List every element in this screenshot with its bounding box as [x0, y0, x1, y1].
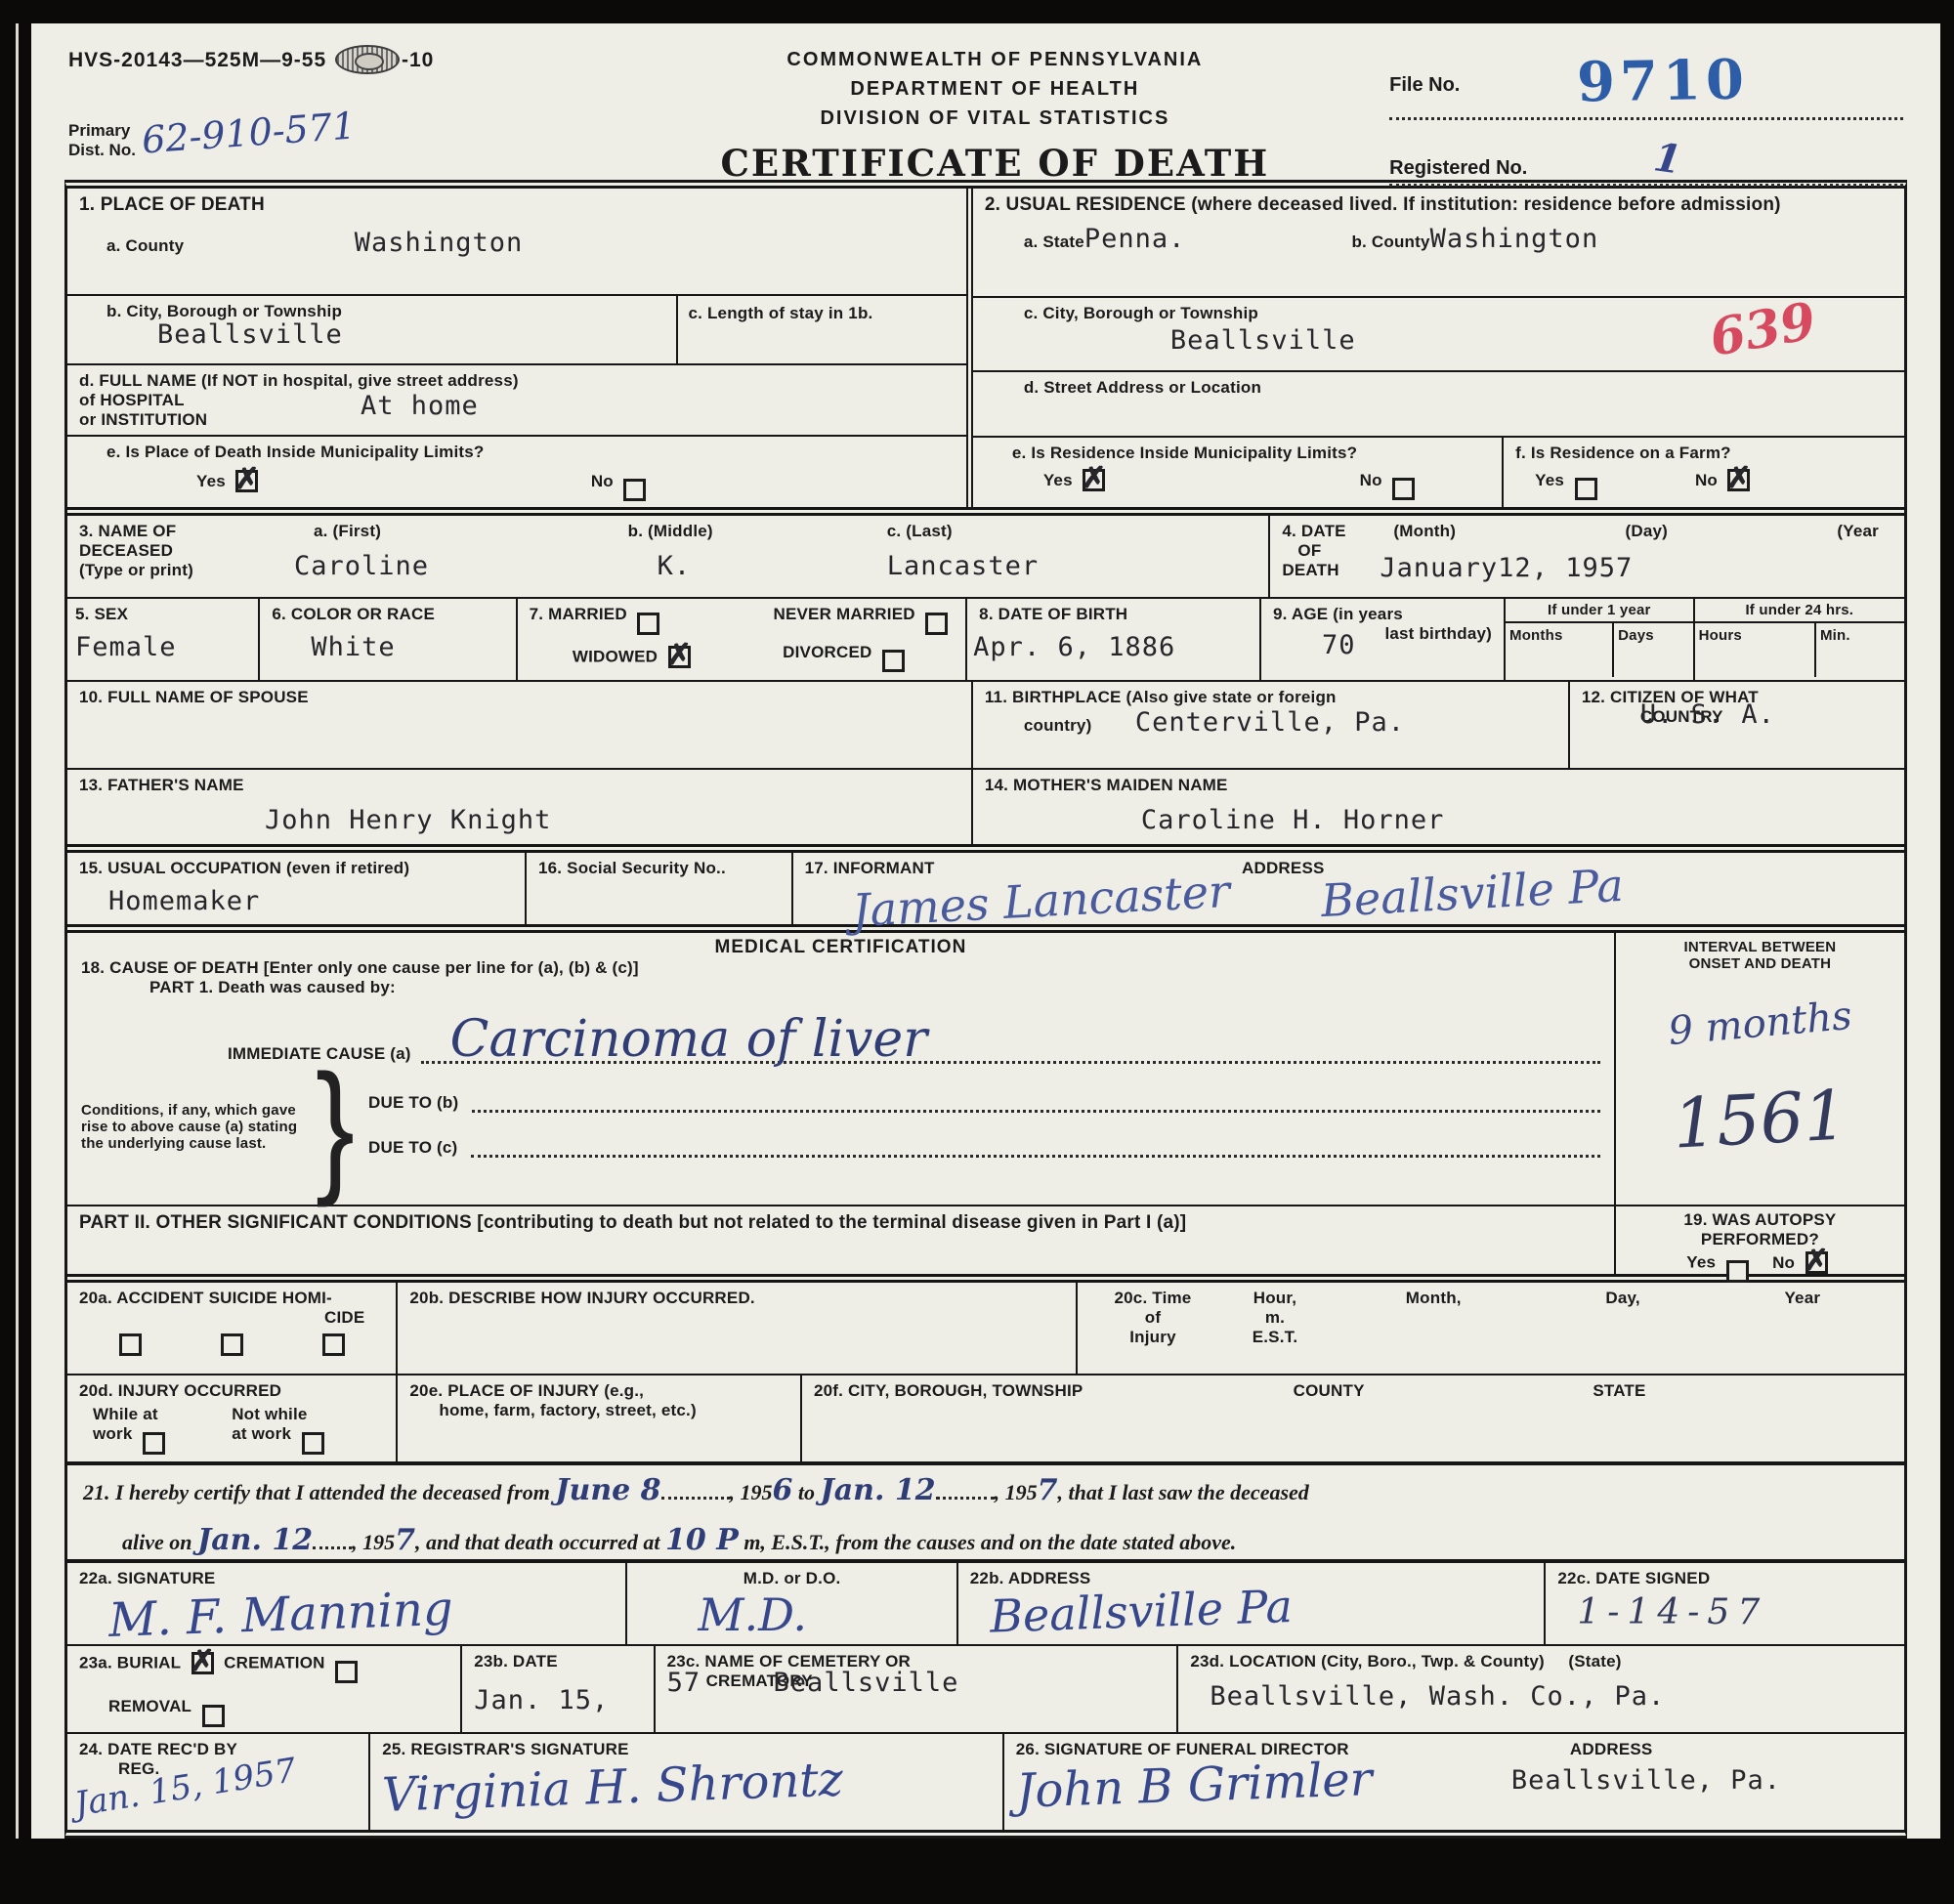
- sex-label: 5. SEX: [75, 605, 246, 624]
- date-day-label: (Day): [1625, 522, 1668, 541]
- row-spouse-birthplace-citizen: 10. FULL NAME OF SPOUSE 11. BIRTHPLACE (…: [67, 682, 1904, 770]
- section-mother: 14. MOTHER'S MAIDEN NAME Caroline H. Hor…: [973, 770, 1904, 844]
- section-color-race: 6. COLOR OR RACE White: [260, 599, 517, 680]
- immediate-cause-row: IMMEDIATE CAUSE (a) Carcinoma of liver: [81, 1031, 1600, 1064]
- residence-farm-yes-checkbox: [1575, 478, 1597, 500]
- age-min-cell: Min.: [1816, 623, 1904, 677]
- section-funeral-director: 26. SIGNATURE OF FUNERAL DIRECTOR John B…: [1004, 1734, 1904, 1830]
- place-limits-no-label: No: [591, 472, 614, 490]
- date-year-label: (Year: [1837, 522, 1879, 541]
- pennsylvania-seal-icon: [335, 45, 400, 74]
- divorced-label: DIVORCED: [783, 643, 871, 661]
- accident-label: ACCIDENT: [116, 1289, 203, 1307]
- interval-code-value: 1561: [1626, 1073, 1894, 1166]
- hour-label2: m.: [1216, 1308, 1334, 1328]
- month-day-year-block: Month, Day, Year: [1334, 1289, 1892, 1368]
- row-injury-place: 20d. INJURY OCCURRED While at work Not w…: [67, 1375, 1904, 1465]
- section-accident-type: 20a. ACCIDENT SUICIDE HOMI- CIDE: [67, 1283, 398, 1374]
- place-limits-no-checkbox: [623, 479, 646, 501]
- age-hours-cell: Hours: [1695, 623, 1816, 677]
- name-last-value: Lancaster: [887, 551, 1257, 581]
- brace-glyph: }: [316, 1068, 355, 1185]
- due-to-b-line: [472, 1089, 1599, 1113]
- section-physician-signature: 22a. SIGNATURE M. F. Manning: [67, 1563, 627, 1644]
- conditions-text-block: Conditions, if any, which gave rise to a…: [81, 1079, 355, 1173]
- section-date-of-death: 4. DATE OF DEATH (Month) (Day) (Year Jan…: [1270, 516, 1904, 597]
- sex-value: Female: [75, 632, 246, 662]
- due-to-block: DUE TO (b) DUE TO (c): [355, 1079, 1600, 1173]
- place-city-value: Beallsville: [157, 319, 664, 350]
- length-of-stay-cell: c. Length of stay in 1b.: [678, 296, 965, 363]
- certify-line1: 21. I hereby certify that I attended the…: [83, 1473, 1889, 1507]
- autopsy-no-label: No: [1772, 1253, 1795, 1272]
- section-spouse: 10. FULL NAME OF SPOUSE: [67, 682, 973, 768]
- death-certificate-document: HVS-20143—525M—9-55 -10 Primary Dist. No…: [31, 23, 1940, 1839]
- married-label: 7. MARRIED: [530, 605, 627, 623]
- residence-farm-yes-label: Yes: [1535, 471, 1564, 489]
- name-title-line1: 3. NAME OF: [79, 522, 275, 541]
- residence-farm-label: f. Is Residence on a Farm?: [1515, 444, 1892, 463]
- residence-state-value: Penna.: [1084, 224, 1186, 254]
- date-of-death-label2: OF: [1297, 541, 1380, 561]
- section-father: 13. FATHER'S NAME John Henry Knight: [67, 770, 973, 844]
- certify-from-date: June 8: [555, 1473, 660, 1507]
- due-to-c-label: DUE TO (c): [368, 1138, 457, 1158]
- row-occupation-ssn-informant: 15. USUAL OCCUPATION (even if retired) H…: [67, 853, 1904, 933]
- certify-alive-label: alive on: [122, 1530, 192, 1554]
- certify-to-year: 7: [1038, 1473, 1058, 1507]
- burial-location-value: Beallsville, Wash. Co., Pa.: [1210, 1681, 1892, 1712]
- section-place-of-injury: 20e. PLACE OF INJURY (e.g., home, farm, …: [398, 1375, 802, 1461]
- section-usual-residence: 2. USUAL RESIDENCE (where deceased lived…: [973, 189, 1904, 507]
- section-birthplace: 11. BIRTHPLACE (Also give state or forei…: [973, 682, 1570, 768]
- row-physician-signature: 22a. SIGNATURE M. F. Manning M.D. or D.O…: [67, 1563, 1904, 1646]
- length-of-stay-label: c. Length of stay in 1b.: [688, 304, 956, 323]
- registered-number-row: Registered No. 1: [1389, 157, 1903, 187]
- row-certify-statement: 21. I hereby certify that I attended the…: [67, 1465, 1904, 1563]
- name-title-block: 3. NAME OF DECEASED (Type or print): [79, 522, 275, 591]
- place-city-cell: b. City, Borough or Township Beallsville: [67, 296, 678, 363]
- injury-county-label: COUNTY: [1294, 1381, 1593, 1401]
- section-physician-address: 22b. ADDRESS Beallsville Pa: [958, 1563, 1547, 1644]
- dotted-leader: [661, 1480, 730, 1500]
- cremation-label: CREMATION: [224, 1654, 324, 1672]
- residence-farm-cell: f. Is Residence on a Farm? Yes No ✗: [1504, 438, 1904, 507]
- commonwealth-line: COMMONWEALTH OF PENNSYLVANIA: [601, 45, 1390, 74]
- burial-checkbox: ✗: [191, 1652, 214, 1674]
- not-while-label1: Not while: [232, 1405, 384, 1424]
- informant-label: 17. INFORMANT: [805, 859, 935, 877]
- immediate-cause-value: Carcinoma of liver: [450, 1010, 927, 1069]
- name-first-block: a. (First) Caroline: [275, 522, 628, 591]
- section-describe-injury: 20b. DESCRIBE HOW INJURY OCCURRED.: [398, 1283, 1078, 1374]
- place-limits-row: e. Is Place of Death Inside Municipality…: [67, 437, 966, 507]
- section-under-one-year: If under 1 year Months Days: [1506, 599, 1695, 680]
- interval-label-line1: INTERVAL BETWEEN: [1628, 939, 1892, 955]
- file-number-row: File No. 9710: [1389, 74, 1903, 120]
- mother-name-label: 14. MOTHER'S MAIDEN NAME: [985, 776, 1892, 795]
- removal-checkbox: [202, 1705, 225, 1727]
- describe-injury-label: 20b. DESCRIBE HOW INJURY OCCURRED.: [409, 1289, 1064, 1308]
- homicide-label-line1: HOMI-: [282, 1289, 332, 1307]
- place-of-death-county-row: 1. PLACE OF DEATH a. County Washington: [67, 189, 966, 296]
- residence-limits-yes-checkbox: ✗: [1083, 469, 1105, 491]
- time-injury-label2: of: [1089, 1308, 1216, 1328]
- father-name-value: John Henry Knight: [265, 805, 959, 835]
- section-sex: 5. SEX Female: [67, 599, 260, 680]
- row-sex-race-marital-birth-age: 5. SEX Female 6. COLOR OR RACE White 7. …: [67, 599, 1904, 682]
- place-injury-label2: home, farm, factory, street, etc.): [439, 1401, 788, 1420]
- date-of-death-label3: DEATH: [1282, 561, 1380, 580]
- informant-address-label: ADDRESS: [1242, 859, 1325, 877]
- mother-name-value: Caroline H. Horner: [1141, 805, 1892, 835]
- injury-city-label: 20f. CITY, BOROUGH, TOWNSHIP: [814, 1381, 1294, 1401]
- hospital-label-line2: of HOSPITAL: [79, 391, 955, 410]
- autopsy-yes-checkbox: [1726, 1260, 1749, 1283]
- residence-farm-no-checkbox: ✗: [1727, 469, 1750, 491]
- due-to-c-row: DUE TO (c): [368, 1134, 1600, 1158]
- part1-label: PART 1. Death was caused by:: [149, 978, 1600, 997]
- due-to-b-row: DUE TO (b): [368, 1089, 1600, 1113]
- place-limits-yes-label: Yes: [196, 472, 226, 490]
- due-to-c-line: [471, 1134, 1599, 1158]
- funeral-director-block: 26. SIGNATURE OF FUNERAL DIRECTOR John B…: [1016, 1740, 1511, 1824]
- burial-location-label: 23d. LOCATION (City, Boro., Twp. & Count…: [1190, 1652, 1545, 1671]
- injury-state-label: STATE: [1593, 1381, 1892, 1401]
- name-title-line3: (Type or print): [79, 561, 275, 580]
- date-month-label: (Month): [1393, 522, 1456, 541]
- conditions-block: Conditions, if any, which gave rise to a…: [81, 1079, 1600, 1173]
- residence-limits-cell: e. Is Residence Inside Municipality Limi…: [973, 438, 1504, 507]
- never-married-checkbox: [925, 613, 948, 635]
- md-do-value: M.D.: [698, 1588, 944, 1641]
- injury-year-label: Year: [1784, 1289, 1820, 1368]
- certificate-form: 1. PLACE OF DEATH a. County Washington b…: [64, 180, 1907, 1839]
- age-days-cell: Days: [1614, 623, 1692, 677]
- age-months-cell: Months: [1506, 623, 1614, 677]
- due-to-b-label: DUE TO (b): [368, 1093, 458, 1113]
- date-signed-value: 1-14-57: [1577, 1592, 1892, 1632]
- registered-number-label: Registered No.: [1389, 157, 1527, 182]
- autopsy-label-line1: 19. WAS AUTOPSY: [1620, 1210, 1900, 1230]
- primary-dist-label2: Dist. No.: [68, 141, 136, 159]
- not-while-at-work-block: Not while at work: [232, 1405, 384, 1455]
- funeral-director-address-block: ADDRESS Beallsville, Pa.: [1511, 1740, 1892, 1824]
- department-line: DEPARTMENT OF HEALTH: [601, 74, 1390, 104]
- place-of-death-title: 1. PLACE OF DEATH: [79, 194, 955, 216]
- occupation-label: 15. USUAL OCCUPATION (even if retired): [79, 859, 513, 878]
- section-under-24-hrs: If under 24 hrs. Hours Min.: [1695, 599, 1904, 680]
- divorced-checkbox: [882, 650, 905, 672]
- date-of-death-label-block: 4. DATE OF DEATH: [1282, 522, 1380, 591]
- section-date-signed: 22c. DATE SIGNED 1-14-57: [1546, 1563, 1904, 1644]
- row-father-mother: 13. FATHER'S NAME John Henry Knight 14. …: [67, 770, 1904, 853]
- section-injury-occurred: 20d. INJURY OCCURRED While at work Not w…: [67, 1375, 398, 1461]
- time-of-injury-label-block: 20c. Time of Injury: [1089, 1289, 1216, 1368]
- residence-city-row: c. City, Borough or Township Beallsville…: [973, 298, 1904, 372]
- section-citizen: 12. CITIZEN OF WHAT COUNTRY U. S. A.: [1570, 682, 1904, 768]
- name-first-value: Caroline: [294, 551, 628, 581]
- date-of-birth-label: 8. DATE OF BIRTH: [979, 605, 1248, 624]
- hour-label1: Hour,: [1216, 1289, 1334, 1308]
- birthplace-label-line2: country): [1024, 716, 1092, 735]
- residence-street-label: d. Street Address or Location: [1024, 378, 1892, 398]
- section-time-of-injury: 20c. Time of Injury Hour, m. E.S.T. Mont…: [1078, 1283, 1904, 1374]
- section-date-received: 24. DATE REC'D BY REG. Jan. 15, 1957: [67, 1734, 370, 1830]
- ssn-label: 16. Social Security No..: [538, 859, 780, 878]
- time-injury-label3: Injury: [1089, 1328, 1216, 1347]
- father-name-label: 13. FATHER'S NAME: [79, 776, 959, 795]
- certify-time-value: 10 P: [665, 1523, 739, 1557]
- autopsy-no-checkbox: ✗: [1805, 1251, 1828, 1274]
- under-24-hrs-label: If under 24 hrs.: [1695, 599, 1904, 623]
- section-part2: PART II. OTHER SIGNIFICANT CONDITIONS [c…: [67, 1206, 1616, 1274]
- name-middle-value: K.: [658, 551, 887, 581]
- section-burial-date: 23b. DATE Jan. 15,: [462, 1646, 655, 1732]
- red-ink-annotation: 639: [1706, 291, 1820, 368]
- place-city-row: b. City, Borough or Township Beallsville…: [67, 296, 966, 365]
- section-place-of-death: 1. PLACE OF DEATH a. County Washington b…: [67, 189, 973, 507]
- burial-label: 23a. BURIAL: [79, 1654, 181, 1672]
- funeral-address-label: ADDRESS: [1570, 1740, 1892, 1759]
- section-name-of-deceased: 3. NAME OF DECEASED (Type or print) a. (…: [67, 516, 1270, 597]
- age-hours-label: Hours: [1699, 627, 1810, 644]
- usual-residence-title: 2. USUAL RESIDENCE (where deceased lived…: [985, 194, 1892, 216]
- place-county-value: Washington: [355, 228, 524, 258]
- certify-alive-year: 7: [395, 1523, 415, 1557]
- certify-prefix: 21. I hereby certify that I attended the…: [83, 1480, 550, 1504]
- birthplace-value: Centerville, Pa.: [1135, 707, 1405, 738]
- row-part2-autopsy: PART II. OTHER SIGNIFICANT CONDITIONS [c…: [67, 1206, 1904, 1283]
- row-registrar: 24. DATE REC'D BY REG. Jan. 15, 1957 25.…: [67, 1734, 1904, 1830]
- cause-of-death-label: 18. CAUSE OF DEATH [Enter only one cause…: [81, 958, 1600, 978]
- certify-suffix2: m, E.S.T., from the causes and on the da…: [743, 1530, 1236, 1554]
- residence-street-row: d. Street Address or Location: [973, 372, 1904, 438]
- name-middle-label: b. (Middle): [628, 522, 887, 541]
- date-of-birth-value: Apr. 6, 1886: [973, 632, 1248, 662]
- residence-limits-yes-label: Yes: [1043, 471, 1073, 489]
- hospital-label-line3: or INSTITUTION: [79, 410, 955, 430]
- residence-state-county-row: 2. USUAL RESIDENCE (where deceased lived…: [973, 189, 1904, 298]
- section-autopsy: 19. WAS AUTOPSY PERFORMED? Yes No ✗: [1616, 1206, 1904, 1274]
- residence-county-value: Washington: [1430, 224, 1599, 254]
- certify-suffix1: , that I last saw the deceased: [1058, 1480, 1309, 1504]
- certify-from-year: 6: [773, 1473, 793, 1507]
- burial-location-state-label: (State): [1568, 1652, 1621, 1671]
- burial-date-label: 23b. DATE: [474, 1652, 641, 1671]
- section-date-of-birth: 8. DATE OF BIRTH Apr. 6, 1886: [967, 599, 1261, 680]
- residence-county-label: b. County: [1351, 233, 1429, 252]
- funeral-address-value: Beallsville, Pa.: [1511, 1765, 1892, 1796]
- conditions-text: Conditions, if any, which gave rise to a…: [81, 1102, 316, 1152]
- hour-label-block: Hour, m. E.S.T.: [1216, 1289, 1334, 1368]
- burial-year-overflow: 57: [667, 1668, 701, 1698]
- age-days-label: Days: [1618, 627, 1688, 644]
- part2-label: PART II. OTHER SIGNIFICANT CONDITIONS [c…: [79, 1212, 1602, 1234]
- occupation-value: Homemaker: [108, 886, 513, 916]
- residence-limits-label: e. Is Residence Inside Municipality Limi…: [1012, 444, 1490, 463]
- section-ssn: 16. Social Security No..: [527, 853, 793, 924]
- header-left: HVS-20143—525M—9-55 -10 Primary Dist. No…: [68, 45, 601, 191]
- name-last-label: c. (Last): [887, 522, 1257, 541]
- homicide-checkbox: [322, 1333, 345, 1356]
- primary-district-number: Primary Dist. No. 62-910-571: [68, 121, 601, 161]
- hospital-name-row: d. FULL NAME (If NOT in hospital, give s…: [67, 365, 966, 437]
- certificate-header: HVS-20143—525M—9-55 -10 Primary Dist. No…: [31, 23, 1940, 180]
- immediate-cause-line: Carcinoma of liver: [421, 1031, 1600, 1064]
- color-race-value: White: [311, 632, 503, 662]
- not-while-checkbox: [302, 1432, 324, 1455]
- certify-occurred-label: , and that death occurred at: [415, 1530, 660, 1554]
- informant-address-value: Beallsville Pa: [1319, 859, 1624, 927]
- while-at-work-checkbox: [143, 1432, 165, 1455]
- header-center: COMMONWEALTH OF PENNSYLVANIA DEPARTMENT …: [601, 45, 1390, 191]
- name-middle-block: b. (Middle) K.: [628, 522, 887, 591]
- place-city-label: b. City, Borough or Township: [106, 302, 664, 321]
- hospital-label-line1: d. FULL NAME (If NOT in hospital, give s…: [79, 371, 955, 391]
- time-injury-label1: 20c. Time: [1089, 1289, 1216, 1308]
- while-at-work-block: While at work: [79, 1405, 232, 1455]
- row-burial: 23a. BURIAL ✗ CREMATION REMOVAL 23b. DAT…: [67, 1646, 1904, 1734]
- row-medical-certification: MEDICAL CERTIFICATION 18. CAUSE OF DEATH…: [67, 933, 1904, 1206]
- certify-to-label: to: [798, 1480, 815, 1504]
- form-number: HVS-20143—525M—9-55 -10: [68, 45, 601, 74]
- residence-limits-no-label: No: [1360, 471, 1382, 489]
- certify-alive-date: Jan. 12: [197, 1523, 313, 1557]
- section-md-do: M.D. or D.O. M.D.: [627, 1563, 957, 1644]
- injury-month-label: Month,: [1406, 1289, 1462, 1368]
- injury-occurred-label: 20d. INJURY OCCURRED: [79, 1381, 384, 1401]
- interval-onset-value: 9 months: [1626, 990, 1893, 1057]
- while-at-work-label1: While at: [93, 1405, 232, 1424]
- not-while-label2: at work: [232, 1424, 291, 1443]
- primary-dist-value: 62-910-571: [141, 104, 358, 161]
- section-burial-location: 23d. LOCATION (City, Boro., Twp. & Count…: [1178, 1646, 1904, 1732]
- row-place-residence: 1. PLACE OF DEATH a. County Washington b…: [67, 189, 1904, 516]
- citizen-value: U. S. A.: [1640, 699, 1892, 730]
- injury-day-label: Day,: [1605, 1289, 1639, 1368]
- place-limits-yes-checkbox: ✗: [235, 470, 258, 492]
- married-checkbox: [637, 613, 659, 635]
- row-name-dateofdeath: 3. NAME OF DECEASED (Type or print) a. (…: [67, 516, 1904, 599]
- date-of-death-value-block: (Month) (Day) (Year January12, 1957: [1380, 522, 1892, 591]
- suicide-checkbox: [221, 1333, 243, 1356]
- autopsy-label-line2: PERFORMED?: [1620, 1230, 1900, 1249]
- burial-date-value: Jan. 15,: [474, 1685, 641, 1715]
- section-registrar-signature: 25. REGISTRAR'S SIGNATURE Virginia H. Sh…: [370, 1734, 1004, 1830]
- autopsy-yes-label: Yes: [1686, 1253, 1716, 1272]
- widowed-label: WIDOWED: [573, 648, 658, 666]
- date-of-death-value: January12, 1957: [1380, 553, 1892, 583]
- date-signed-label: 22c. DATE SIGNED: [1557, 1569, 1892, 1588]
- file-number-label: File No.: [1389, 74, 1460, 113]
- hospital-value: At home: [361, 391, 479, 421]
- birthplace-label-line1: 11. BIRTHPLACE (Also give state or forei…: [985, 688, 1556, 707]
- date-of-death-label1: 4. DATE: [1282, 522, 1380, 541]
- widowed-checkbox: ✗: [668, 646, 691, 668]
- section-burial-type: 23a. BURIAL ✗ CREMATION REMOVAL: [67, 1646, 462, 1732]
- place-limits-label: e. Is Place of Death Inside Municipality…: [106, 443, 955, 462]
- dotted-leader: [936, 1480, 995, 1500]
- registered-number-value: 1: [1651, 134, 1684, 183]
- section-injury-city: 20f. CITY, BOROUGH, TOWNSHIP COUNTY STAT…: [802, 1375, 1904, 1461]
- dotted-leader: [313, 1530, 352, 1549]
- section-occupation: 15. USUAL OCCUPATION (even if retired) H…: [67, 853, 527, 924]
- never-married-label: NEVER MARRIED: [773, 605, 914, 623]
- accident-num: 20a.: [79, 1289, 112, 1307]
- spouse-label: 10. FULL NAME OF SPOUSE: [79, 688, 959, 707]
- name-last-block: c. (Last) Lancaster: [887, 522, 1257, 591]
- certify-to-date: Jan. 12: [821, 1473, 936, 1507]
- certificate-title: CERTIFICATE OF DEATH: [601, 137, 1390, 191]
- suicide-label: SUICIDE: [209, 1289, 277, 1307]
- residence-farm-no-label: No: [1695, 471, 1718, 489]
- section-cemetery: 23c. NAME OF CEMETERY OR CREMATORY 57 Be…: [656, 1646, 1179, 1732]
- md-do-label: M.D. or D.O.: [639, 1569, 944, 1588]
- section-cause-of-death: MEDICAL CERTIFICATION 18. CAUSE OF DEATH…: [67, 933, 1616, 1205]
- homicide-label-line2: CIDE: [79, 1308, 364, 1328]
- primary-dist-label1: Primary: [68, 121, 130, 140]
- color-race-label: 6. COLOR OR RACE: [272, 605, 503, 624]
- place-injury-label1: 20e. PLACE OF INJURY (e.g.,: [409, 1381, 788, 1401]
- header-right: File No. 9710 Registered No. 1: [1389, 45, 1903, 191]
- form-number-suffix: -10: [402, 49, 434, 71]
- file-number-stamp: 9710: [1577, 47, 1750, 114]
- certify-line2: alive on Jan. 12, 1957, and that death o…: [122, 1523, 1889, 1557]
- age-months-label: Months: [1509, 627, 1608, 644]
- residence-limits-no-checkbox: [1392, 478, 1415, 500]
- hour-label3: E.S.T.: [1216, 1328, 1334, 1347]
- under-one-year-label: If under 1 year: [1506, 599, 1693, 623]
- section-informant: 17. INFORMANT ADDRESS James Lancaster Be…: [793, 853, 1904, 924]
- name-title-line2: DECEASED: [79, 541, 275, 561]
- section-age: 9. AGE (in years last birthday) 70: [1261, 599, 1506, 680]
- age-label-line1: 9. AGE (in years: [1273, 605, 1492, 624]
- section-interval: INTERVAL BETWEEN ONSET AND DEATH 9 month…: [1616, 933, 1904, 1205]
- removal-label: REMOVAL: [108, 1697, 191, 1715]
- interval-label-line2: ONSET AND DEATH: [1628, 955, 1892, 972]
- cemetery-value: Beallsville: [774, 1668, 959, 1698]
- scan-artifact-line: [16, 23, 19, 1839]
- division-line: DIVISION OF VITAL STATISTICS: [601, 104, 1390, 133]
- section-marital-status: 7. MARRIED NEVER MARRIED WIDOWED ✗ DIVOR…: [518, 599, 968, 680]
- cremation-checkbox: [335, 1661, 358, 1683]
- residence-limits-farm-row: e. Is Residence Inside Municipality Limi…: [973, 438, 1904, 507]
- name-first-label: a. (First): [314, 522, 628, 541]
- row-accident: 20a. ACCIDENT SUICIDE HOMI- CIDE 20b. DE…: [67, 1283, 1904, 1375]
- residence-state-label: a. State: [1024, 233, 1084, 252]
- form-number-text: HVS-20143—525M—9-55: [68, 49, 326, 71]
- age-min-label: Min.: [1820, 627, 1900, 644]
- medical-certification-title: MEDICAL CERTIFICATION: [81, 937, 1600, 958]
- accident-checkbox: [119, 1333, 142, 1356]
- place-county-label: a. County: [106, 236, 184, 255]
- while-at-work-label2: work: [93, 1424, 132, 1443]
